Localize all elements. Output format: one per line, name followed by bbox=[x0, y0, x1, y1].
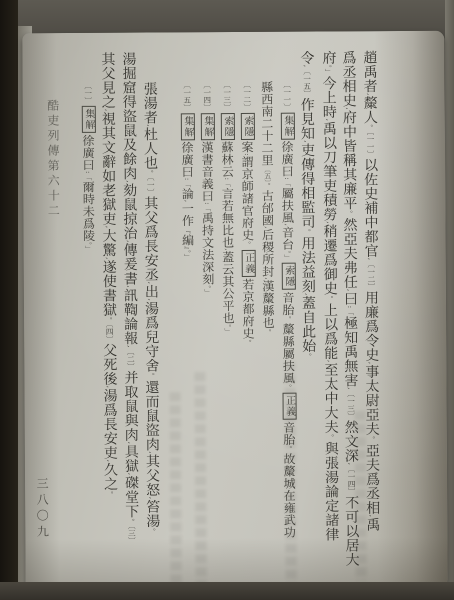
punctuation: 。 bbox=[148, 528, 156, 535]
note-number: 〔一二〕 bbox=[367, 260, 376, 290]
commentary-label: 索隱 bbox=[281, 263, 295, 290]
punctuation: , bbox=[127, 442, 135, 445]
punctuation: , bbox=[147, 299, 155, 302]
note-number: 〔一〕 bbox=[146, 177, 155, 196]
punctuation: 。 bbox=[285, 446, 293, 453]
commentary-label: 索隱 bbox=[220, 113, 234, 140]
punctuation: , bbox=[304, 293, 312, 296]
punctuation: : bbox=[243, 153, 251, 156]
note-number: 〔一四〕 bbox=[203, 81, 212, 111]
punctuation: 「 bbox=[203, 205, 211, 212]
punctuation: , bbox=[146, 124, 154, 127]
punctuation: , bbox=[127, 473, 135, 476]
commentary-column: 縣西南二十二里〔五〕。古邰國,后稷所封,漢斄縣也。 bbox=[256, 51, 279, 586]
note-number: 〔二〕 bbox=[126, 348, 135, 371]
punctuation: , bbox=[126, 285, 134, 288]
punctuation: , bbox=[303, 140, 311, 143]
punctuation: 。 bbox=[284, 384, 292, 391]
punctuation: , bbox=[105, 386, 113, 389]
main-text-column: 張湯者,杜人也。〔一〕其父爲長安丞,出,湯爲兒守舍。還而鼠盜肉,其父怒,笞湯。 bbox=[139, 51, 163, 585]
punctuation: 。 bbox=[327, 434, 335, 441]
collation-number: 〔五〕 bbox=[263, 166, 271, 182]
punctuation: 「 bbox=[346, 308, 354, 315]
book-cover-edge bbox=[0, 0, 18, 600]
note-number: 〔一五〕 bbox=[183, 81, 192, 111]
punctuation: , bbox=[106, 460, 114, 463]
punctuation: 。 bbox=[263, 182, 271, 189]
punctuation: , bbox=[366, 93, 374, 96]
punctuation: , bbox=[367, 362, 375, 365]
punctuation: , bbox=[346, 289, 354, 292]
note-number: 〔一〕 bbox=[84, 82, 93, 105]
punctuation: 『 bbox=[184, 227, 192, 234]
punctuation: , bbox=[325, 221, 333, 224]
book-page: 趙禹者,斄人。〔一一〕以佐史補中都官,〔一二〕用廉爲令史,事太尉亞夫。亞夫爲丞相… bbox=[22, 31, 447, 586]
punctuation: , bbox=[147, 282, 155, 285]
spine-shadow bbox=[374, 31, 447, 583]
punctuation: 」 bbox=[204, 289, 212, 296]
note-number: 〔一四〕 bbox=[347, 465, 356, 495]
punctuation: 。 bbox=[304, 229, 312, 236]
left-page-shadow bbox=[22, 33, 59, 585]
commentary-label: 集解 bbox=[81, 106, 95, 133]
commentary-label: 集解 bbox=[280, 112, 294, 139]
punctuation: , bbox=[148, 497, 156, 500]
note-number: 〔一三〕 bbox=[223, 81, 232, 111]
punctuation: 。 bbox=[146, 170, 154, 177]
punctuation: 」 bbox=[85, 245, 93, 252]
commentary-column: 〔一二〕索隱案:謂京師諸官府史。正義若京都府史。 bbox=[236, 51, 259, 585]
commentary-column: 〔一五〕集解徐廣曰:「論,一作『編』。」 bbox=[176, 51, 199, 585]
punctuation: , bbox=[326, 360, 334, 363]
punctuation: 「 bbox=[223, 180, 231, 187]
punctuation: 「 bbox=[283, 180, 291, 187]
punctuation: 。 bbox=[284, 316, 292, 323]
punctuation: , bbox=[126, 240, 134, 243]
commentary-column: 〔一四〕集解漢書音義曰:「禹持文法深刻。」 bbox=[196, 51, 219, 585]
commentary-label: 正義 bbox=[282, 393, 296, 420]
punctuation: , bbox=[368, 515, 376, 518]
commentary-label: 正義 bbox=[241, 250, 255, 277]
text-columns: 趙禹者,斄人。〔一一〕以佐史補中都官,〔一二〕用廉爲令史,事太尉亞夫。亞夫爲丞相… bbox=[77, 50, 383, 585]
commentary-label: 集解 bbox=[200, 113, 214, 140]
punctuation: 。 bbox=[326, 295, 334, 302]
bottom-page-shadow bbox=[25, 537, 447, 586]
note-number: 〔一二〕 bbox=[243, 81, 252, 111]
main-text-column: 府。」今上時,禹以刀筆吏積勞,稍遷爲御史。上以爲能,至太中大夫。與張湯論定諸律 bbox=[317, 50, 341, 585]
note-number: 〔一三〕 bbox=[347, 390, 356, 420]
punctuation: , bbox=[224, 248, 232, 250]
punctuation: , bbox=[283, 224, 291, 226]
punctuation: , bbox=[345, 107, 353, 110]
commentary-column: 〔一一〕集解徐廣曰:「屬扶風,音台。」索隱音胎。斄縣屬扶風。正義音胎。故斄城在雍… bbox=[276, 51, 299, 586]
book-bottom-shadow bbox=[0, 582, 454, 600]
punctuation: 「 bbox=[84, 174, 92, 181]
punctuation: 。 bbox=[304, 353, 312, 360]
punctuation: , bbox=[104, 226, 112, 229]
book-photo: 趙禹者,斄人。〔一一〕以佐史補中都官,〔一二〕用廉爲令史,事太尉亞夫。亞夫爲丞相… bbox=[0, 0, 454, 600]
punctuation: , bbox=[104, 109, 112, 112]
punctuation: , bbox=[105, 257, 113, 260]
punctuation: 。 bbox=[106, 491, 114, 498]
punctuation: 」 bbox=[184, 253, 192, 260]
punctuation: 。 bbox=[127, 518, 135, 525]
note-number: 〔一一〕 bbox=[366, 132, 375, 158]
punctuation: 。 bbox=[244, 339, 252, 346]
note-number: 〔一一〕 bbox=[283, 81, 292, 111]
punctuation: , bbox=[125, 180, 133, 183]
commentary-label: 索隱 bbox=[240, 112, 254, 139]
punctuation: 。 bbox=[147, 373, 155, 380]
punctuation: 。 bbox=[244, 241, 252, 248]
punctuation: 「 bbox=[183, 180, 191, 187]
punctuation: 。 bbox=[264, 329, 272, 336]
commentary-label: 集解 bbox=[180, 113, 194, 140]
punctuation: , bbox=[264, 277, 272, 279]
commentary-column: 〔一三〕索隱蘇林云:「言若無比也,蓋云其公平也。」 bbox=[216, 51, 239, 585]
punctuation: 」 bbox=[284, 254, 292, 261]
punctuation: 」 bbox=[224, 328, 232, 335]
punctuation: 。 bbox=[345, 210, 353, 217]
punctuation: , bbox=[148, 451, 156, 454]
note-number: 〔一五〕 bbox=[303, 67, 312, 97]
punctuation: 。 bbox=[368, 436, 376, 443]
punctuation: , bbox=[325, 119, 333, 122]
note-number: 〔四〕 bbox=[105, 324, 114, 343]
punctuation: , bbox=[183, 200, 191, 202]
punctuation: 」 bbox=[325, 69, 333, 76]
punctuation: , bbox=[264, 226, 272, 228]
